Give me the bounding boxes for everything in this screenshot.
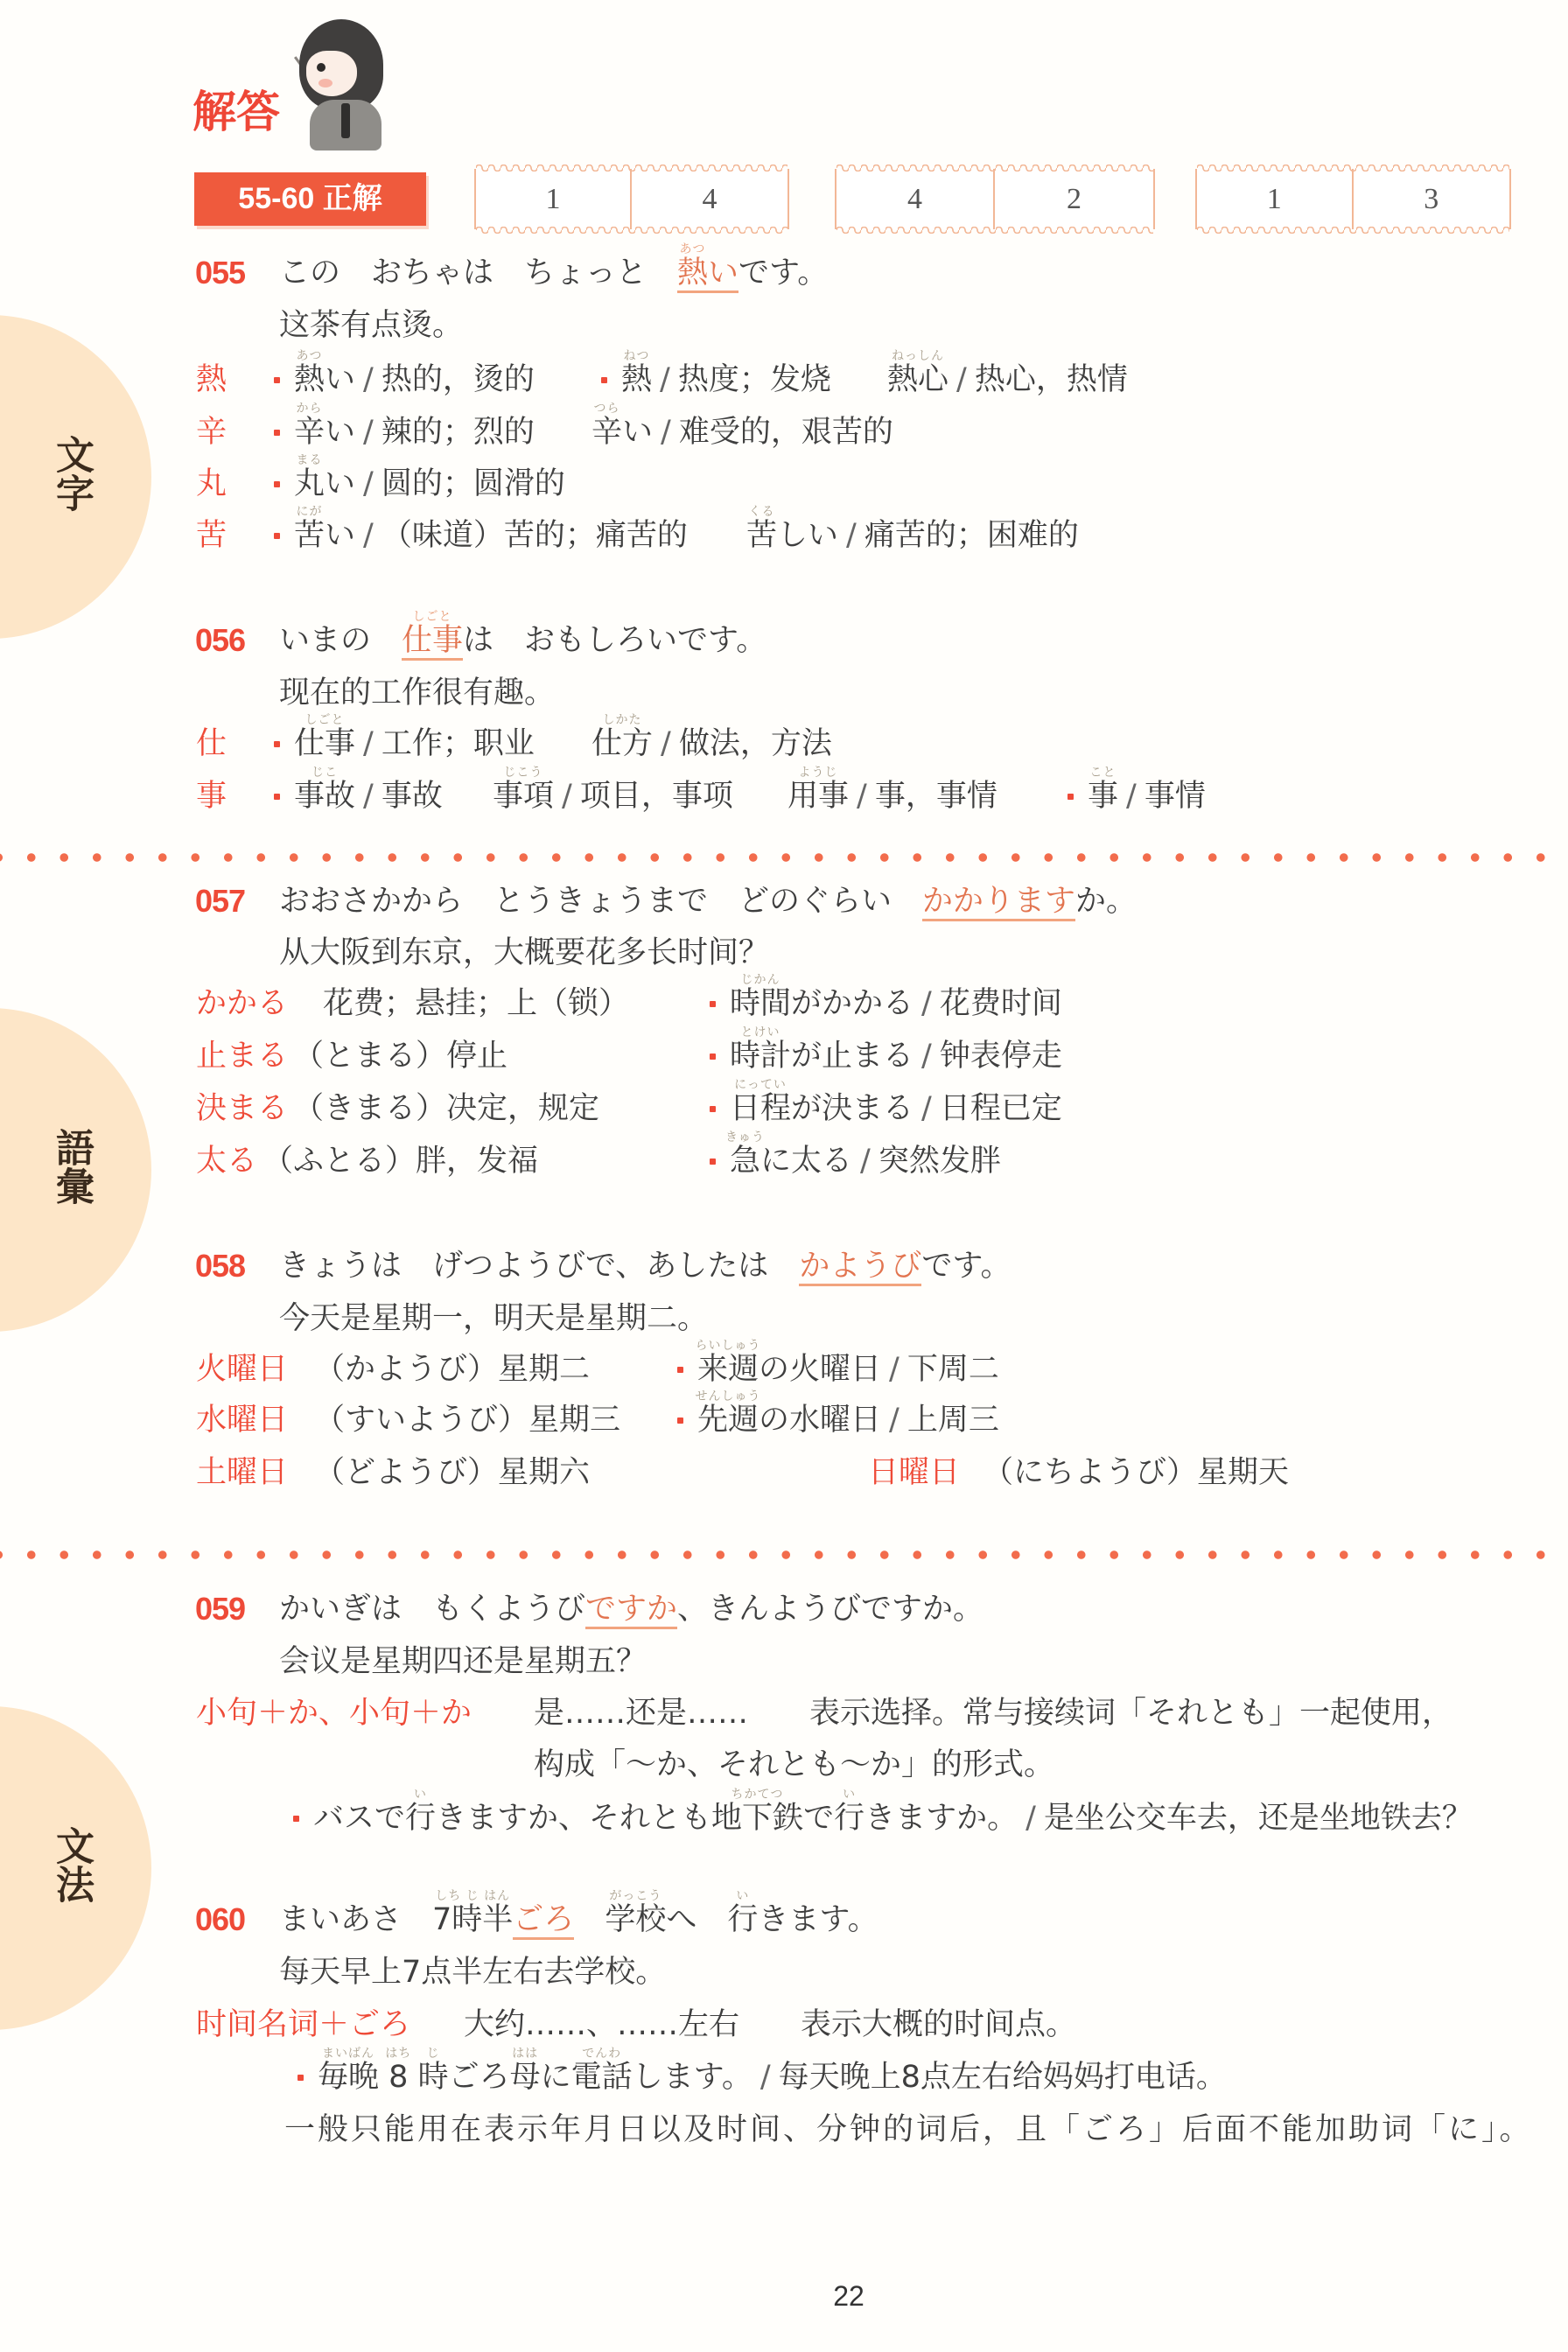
vocab-word: 止まる <box>196 1039 288 1074</box>
furigana-word: こと事 <box>1088 777 1118 815</box>
furigana-word: らいしゅう来週 <box>697 1350 759 1389</box>
example-text: に太る <box>760 1144 852 1179</box>
meaning: 难受的，艰苦的 <box>679 415 893 450</box>
vocab-example: せんしゅう先週の水曜日/上周三 <box>697 1401 999 1439</box>
vocab-entry: かかる花费；悬挂；上（锁） <box>196 984 629 1023</box>
note-item: しごと仕事/工作；职业 <box>294 724 535 763</box>
furigana-word: しかた仕方 <box>591 724 653 763</box>
separator: / <box>661 726 671 761</box>
question-number: 060 <box>195 1900 245 1939</box>
wavy-border <box>476 227 787 234</box>
furigana-word: とけい時計 <box>730 1037 791 1075</box>
furigana-reading: こと <box>1090 766 1116 779</box>
vocab-word: かかる <box>196 986 288 1021</box>
bullet-icon <box>710 1053 716 1060</box>
sentence-text: この おちゃは ちょっと <box>279 255 677 290</box>
example-text: きますか。 <box>864 1801 1018 1836</box>
vocab-row: 水曜日（すいようび）星期三 せんしゅう先週の水曜日/上周三 <box>0 1401 1568 1439</box>
word-base: 事故 <box>294 779 355 814</box>
vocab-row: 火曜日（かようび）星期二 らいしゅう来週の火曜日/下周二 <box>0 1350 1568 1389</box>
bullet-icon <box>677 1417 683 1424</box>
sentence-text: まいあさ <box>279 1902 432 1937</box>
furigana-word: ねつ熱 <box>621 360 652 399</box>
example-text: バスで <box>313 1801 405 1836</box>
answer-highlight: かかります <box>922 884 1075 921</box>
bullet-icon <box>274 794 280 800</box>
example-text: きますか、それとも <box>436 1801 711 1836</box>
word-base: 電話 <box>571 2060 633 2095</box>
translation-line: 现在的工作很有趣。 <box>0 674 1568 712</box>
separator: / <box>889 1352 899 1387</box>
furigana-word: じこ事故 <box>294 777 355 815</box>
furigana-word: い行 <box>405 1799 436 1837</box>
sentence-text: おおさかから とうきょうまで どのぐらい <box>279 884 922 919</box>
furigana-reading: あつ <box>297 350 323 362</box>
meaning: 钟表停走 <box>940 1039 1062 1074</box>
furigana-word: でんわ電話 <box>571 2058 633 2096</box>
bullet-icon <box>274 741 280 747</box>
word-base: 仕事 <box>402 623 463 658</box>
translation: 每天早上7点半左右去学校。 <box>279 1953 666 1991</box>
meaning: （味道）苦的；痛苦的 <box>381 518 688 553</box>
kanji-note-row: 熱 あつ熱い/热的，烫的 ねつ熱/热度；发烧 ねっしん熱心/热心，热情 <box>0 360 1568 399</box>
furigana-word: あつ熱 <box>294 360 325 399</box>
word-base: 仕方 <box>591 726 653 761</box>
furigana-reading: はは <box>512 2047 538 2060</box>
vocab-gloss: （とまる）停止 <box>293 1039 507 1074</box>
question-058-line: 058 きょうは げつようびで、あしたは かようびです。 <box>0 1247 1568 1285</box>
question-sentence: いまの しごと仕事は おもしろいです。 <box>279 621 766 660</box>
word-base: 先週 <box>697 1403 759 1438</box>
vocab-example: にってい日程が決まる/日程已定 <box>730 1089 1062 1128</box>
question-number: 059 <box>195 1590 245 1628</box>
sentence-text: 、きんようびですか。 <box>677 1592 983 1627</box>
grammar-example-row: バスでい行きますか、それともちかてつ地下鉄でい行きますか。/是坐公交车去，还是坐… <box>0 1799 1568 1837</box>
word-base: 急 <box>730 1144 760 1179</box>
separator: / <box>921 1039 932 1074</box>
vocab-gloss: （すいようび）星期三 <box>314 1403 620 1438</box>
furigana-word: い行 <box>727 1900 758 1939</box>
separator: / <box>363 362 374 397</box>
note-item: から辛い/辣的；烈的 <box>294 413 535 451</box>
meaning: 事，事情 <box>875 779 997 814</box>
kanji-note-row: 事 じこ事故/事故 じこう事項/项目，事项 ようじ用事/事，事情 こと事/事情 <box>0 777 1568 815</box>
grammar-row: 小句＋か、小句＋か 是……还是…… 表示选择。常与接续词「それとも」一起使用， <box>0 1694 1568 1732</box>
furigana-reading: じこう <box>504 766 543 779</box>
kanji-head: 丸 <box>196 465 227 503</box>
furigana-reading: とけい <box>741 1026 780 1039</box>
bullet-icon <box>710 1106 716 1112</box>
kanji-note-row: 苦 にが苦い/（味道）苦的；痛苦的 くる苦しい/痛苦的；困难的 <box>0 516 1568 555</box>
note-item: じこ事故/事故 <box>294 777 443 815</box>
meaning: 上周三 <box>907 1403 999 1438</box>
furigana-reading: まる <box>297 454 323 466</box>
answer-group-1: 1 4 <box>474 169 789 229</box>
side-tab-label: 文法 <box>49 1826 93 1903</box>
grammar-pattern: 小句＋か、小句＋か <box>196 1694 472 1732</box>
meaning: 突然发胖 <box>878 1144 1001 1179</box>
translation: 这茶有点烫。 <box>279 306 463 345</box>
note-item: ようじ用事/事，事情 <box>787 777 997 815</box>
grammar-row: 构成「～か、それとも～か」的形式。 <box>0 1746 1568 1784</box>
illustration-face <box>306 51 357 96</box>
meaning: 痛苦的；困难的 <box>864 518 1079 553</box>
furigana-reading: じ <box>427 2047 440 2060</box>
sentence-text: です。 <box>738 255 828 290</box>
grammar-meaning: 是……还是…… <box>534 1694 748 1732</box>
kanji-note-row: 辛 から辛い/辣的；烈的 つら辛い/难受的，艰苦的 <box>0 413 1568 451</box>
answer-cell: 4 <box>836 169 995 229</box>
furigana-reading: ねっしん <box>892 350 944 362</box>
separator: / <box>1025 1801 1036 1836</box>
furigana-word: じ時 <box>418 2058 449 2096</box>
furigana-word: い行 <box>834 1799 864 1837</box>
vocab-entry: 止まる（とまる）停止 <box>196 1037 507 1075</box>
question-057-line: 057 おおさかから とうきょうまで どのぐらい かかりますか。 <box>0 882 1568 920</box>
kanji-note-row: 丸 まる丸い/圆的；圆滑的 <box>0 465 1568 503</box>
furigana-reading: しち じ はん <box>435 1890 510 1902</box>
furigana-word: にが苦 <box>294 516 325 555</box>
note-item: じこう事項/项目，事项 <box>493 777 733 815</box>
answer-group-3: 1 3 <box>1195 169 1511 229</box>
translation: 现在的工作很有趣。 <box>279 674 555 712</box>
bullet-icon <box>710 1001 716 1007</box>
word-base: 8 <box>388 2060 408 2095</box>
separator: / <box>363 466 374 501</box>
answer-highlight: しごと仕事 <box>402 623 463 661</box>
grammar-note-row: 一般只能用在表示年月日以及时间、分钟的词后，且「ごろ」后面不能加助词「に」。 <box>0 2110 1568 2149</box>
vocab-gloss: （どようび）星期六 <box>314 1455 590 1490</box>
furigana-reading: ちかてつ <box>731 1788 784 1801</box>
answer-cell: 3 <box>1354 169 1510 229</box>
vocab-entry: 土曜日（どようび）星期六 <box>196 1453 590 1492</box>
example-text: の水曜日 <box>759 1403 881 1438</box>
note-item: まる丸い/圆的；圆滑的 <box>294 465 565 503</box>
furigana-word: はは母 <box>510 2058 541 2096</box>
furigana-reading: い <box>414 1788 427 1801</box>
furigana-reading: ねつ <box>624 350 650 362</box>
vocab-entry: 日曜日（にちようび）星期天 <box>868 1453 1289 1492</box>
word-base: 日程 <box>730 1091 791 1126</box>
meaning: 下周二 <box>907 1352 999 1387</box>
question-number: 058 <box>195 1247 245 1285</box>
word-base: 苦 <box>294 518 325 553</box>
furigana-reading: じかん <box>741 974 780 986</box>
question-number: 056 <box>195 621 245 660</box>
bullet-icon <box>274 430 280 436</box>
translation: 会议是星期四还是星期五？ <box>279 1642 647 1681</box>
word-base: 母 <box>510 2060 541 2095</box>
vocab-word: 決まる <box>196 1091 288 1126</box>
translation: 今天是星期一，明天是星期二。 <box>279 1299 708 1338</box>
kanji-note-row: 仕 しごと仕事/工作；职业 しかた仕方/做法，方法 <box>0 724 1568 763</box>
wavy-border <box>836 227 1153 234</box>
question-056-line: 056 いまの しごと仕事は おもしろいです。 <box>0 621 1568 660</box>
dotted-separator <box>0 1550 1568 1560</box>
separator: / <box>860 1144 871 1179</box>
vocab-example: とけい時計が止まる/钟表停走 <box>730 1037 1062 1075</box>
answer-highlight: ごろ <box>513 1902 574 1940</box>
furigana-word: はち8 <box>388 2058 408 2096</box>
vocab-gloss: 花费；悬挂；上（锁） <box>323 986 629 1021</box>
translation-line: 每天早上7点半左右去学校。 <box>0 1953 1568 1991</box>
example-text: が決まる <box>791 1091 913 1126</box>
separator: / <box>889 1403 899 1438</box>
separator: / <box>660 362 670 397</box>
vocab-row: 土曜日（どようび）星期六 日曜日（にちようび）星期天 <box>0 1453 1568 1492</box>
separator: / <box>562 779 572 814</box>
separator: / <box>363 415 374 450</box>
grammar-note: 一般只能用在表示年月日以及时间、分钟的词后，且「ごろ」后面不能加助词「に」。 <box>284 2110 1533 2149</box>
example-text: に <box>541 2060 571 2095</box>
meaning: 事情 <box>1144 779 1206 814</box>
meaning: 圆的；圆滑的 <box>381 466 565 501</box>
word-base: 熱心 <box>887 362 948 397</box>
example-text: が止まる <box>791 1039 913 1074</box>
word-base: 7時半 <box>432 1902 513 1937</box>
okurigana: い <box>708 255 738 290</box>
word-base: 辛 <box>591 415 622 450</box>
furigana-word: しごと仕事 <box>402 621 463 660</box>
word-base: 熱 <box>621 362 652 397</box>
question-sentence: まいあさ しち じ はん7時半ごろ がっこう学校へ い行きます。 <box>279 1900 878 1939</box>
example-text: がかかる <box>791 986 913 1021</box>
meaning: 项目，事项 <box>580 779 733 814</box>
furigana-reading: まいばん <box>322 2047 374 2060</box>
dotted-separator <box>0 852 1568 863</box>
furigana-word: まいばん毎晩 <box>318 2058 379 2096</box>
furigana-reading: つら <box>594 402 620 415</box>
furigana-word: がっこう学校 <box>605 1900 666 1939</box>
vocab-row: 止まる（とまる）停止 とけい時計が止まる/钟表停走 <box>0 1037 1568 1075</box>
furigana-word: くる苦 <box>746 516 777 555</box>
question-number: 057 <box>195 882 245 920</box>
vocab-example: じかん時間がかかる/花费时间 <box>730 984 1062 1023</box>
okurigana: い <box>622 415 653 450</box>
furigana-word: あつ熱 <box>677 254 708 292</box>
word-base: 地下鉄 <box>711 1801 803 1836</box>
grammar-explanation: 表示选择。常与接续词「それとも」一起使用， <box>809 1694 1452 1732</box>
bullet-icon <box>297 2075 304 2081</box>
question-055-line: 055 この おちゃは ちょっと あつ熱いです。 <box>0 254 1568 292</box>
example-text <box>379 2060 388 2095</box>
answer-cell: 1 <box>1197 169 1354 229</box>
vocab-gloss: （かようび）星期二 <box>314 1352 590 1387</box>
furigana-word: しち じ はん7時半 <box>432 1900 513 1939</box>
grammar-example-row: まいばん毎晩 はち8 じ時ごろはは母にでんわ電話します。/每天晚上8点左右给妈妈… <box>0 2058 1568 2096</box>
furigana-reading: しごと <box>413 611 452 623</box>
note-item: にが苦い/（味道）苦的；痛苦的 <box>294 516 688 555</box>
note-item: ねつ熱/热度；发烧 <box>621 360 831 399</box>
vocab-entry: 決まる（きまる）决定，规定 <box>196 1089 599 1128</box>
kanji-head: 事 <box>196 777 227 815</box>
illustration-eye <box>317 63 325 72</box>
meaning: 工作；职业 <box>381 726 535 761</box>
sentence-text: へ <box>666 1902 727 1937</box>
note-item: ねっしん熱心/热心，热情 <box>887 360 1128 399</box>
page-number: 22 <box>805 2278 892 2313</box>
vocab-word: 水曜日 <box>196 1403 288 1438</box>
separator: / <box>1126 779 1137 814</box>
illustration-tie <box>341 103 350 138</box>
furigana-word: ねっしん熱心 <box>887 360 948 399</box>
furigana-reading: ようじ <box>799 766 838 779</box>
grammar-pattern: 时间名词＋ごろ <box>196 2005 410 2044</box>
sentence-text: です。 <box>921 1249 1011 1284</box>
furigana-word: じこう事項 <box>493 777 554 815</box>
okurigana: い <box>325 466 355 501</box>
vocab-entry: 火曜日（かようび）星期二 <box>196 1350 590 1389</box>
word-base: 時間 <box>730 986 791 1021</box>
okurigana: い <box>325 415 355 450</box>
grammar-example: バスでい行きますか、それともちかてつ地下鉄でい行きますか。/是坐公交车去，还是坐… <box>313 1799 1473 1837</box>
note-item: くる苦しい/痛苦的；困难的 <box>746 516 1079 555</box>
question-number: 055 <box>195 254 245 292</box>
translation-line: 从大阪到东京，大概要花多长时间？ <box>0 934 1568 972</box>
sentence-text: きます。 <box>758 1902 878 1937</box>
furigana-reading: らいしゅう <box>696 1340 761 1352</box>
furigana-reading: にが <box>297 506 323 518</box>
word-base: 来週 <box>697 1352 759 1387</box>
answer-highlight: かようび <box>799 1249 921 1286</box>
translation-line: 今天是星期一，明天是星期二。 <box>0 1299 1568 1338</box>
sentence-text: か。 <box>1075 884 1137 919</box>
answer-cell: 2 <box>995 169 1153 229</box>
meaning: 每天晚上8点左右给妈妈打电话。 <box>779 2060 1227 2095</box>
furigana-reading: きゅう <box>725 1131 765 1144</box>
sentence-text: きょうは げつようびで、あしたは <box>279 1249 799 1284</box>
okurigana: しい <box>777 518 838 553</box>
okurigana: い <box>325 362 355 397</box>
word-base: 用事 <box>787 779 849 814</box>
meaning: 做法，方法 <box>679 726 832 761</box>
answer-group-2: 4 2 <box>835 169 1155 229</box>
kanji-head: 熱 <box>196 360 227 399</box>
grammar-row: 时间名词＋ごろ 大约……、……左右 表示大概的时间点。 <box>0 2005 1568 2044</box>
question-059-line: 059 かいぎは もくようびですか、きんようびですか。 <box>0 1590 1568 1628</box>
teacher-illustration <box>268 12 399 150</box>
word-base: 熱 <box>677 255 708 290</box>
example-text: します。 <box>633 2060 752 2095</box>
wavy-border <box>1197 227 1509 234</box>
bullet-icon <box>293 1816 299 1822</box>
question-sentence: きょうは げつようびで、あしたは かようびです。 <box>279 1247 1011 1285</box>
question-060-line: 060 まいあさ しち じ はん7時半ごろ がっこう学校へ い行きます。 <box>0 1900 1568 1939</box>
example-text: ごろ <box>449 2060 510 2095</box>
answer-cell: 1 <box>476 169 632 229</box>
furigana-reading: しごと <box>305 714 345 726</box>
word-base: 学校 <box>605 1902 666 1937</box>
word-base: 毎晩 <box>318 2060 379 2095</box>
separator: / <box>956 362 967 397</box>
furigana-reading: はち <box>385 2047 411 2060</box>
furigana-word: ようじ用事 <box>787 777 849 815</box>
question-sentence: おおさかから とうきょうまで どのぐらい かかりますか。 <box>279 882 1137 920</box>
word-base: 苦 <box>746 518 777 553</box>
answer-highlight: あつ熱い <box>677 255 738 293</box>
answer-cell: 4 <box>632 169 787 229</box>
furigana-reading: にってい <box>734 1079 787 1091</box>
vocab-gloss: （きまる）决定，规定 <box>293 1091 599 1126</box>
meaning: 辣的；烈的 <box>381 415 535 450</box>
furigana-reading: くる <box>749 506 775 518</box>
vocab-row: 太る（ふとる）胖，发福 きゅう急に太る/突然发胖 <box>0 1142 1568 1180</box>
meaning: 是坐公交车去，还是坐地铁去？ <box>1044 1801 1473 1836</box>
bullet-icon <box>601 377 607 383</box>
kanji-head: 苦 <box>196 516 227 555</box>
vocab-row: 決まる（きまる）决定，规定 にってい日程が決まる/日程已定 <box>0 1089 1568 1128</box>
sentence-text: は おもしろいです。 <box>463 623 766 658</box>
translation-line: 会议是星期四还是星期五？ <box>0 1642 1568 1681</box>
vocab-example: らいしゅう来週の火曜日/下周二 <box>697 1350 999 1389</box>
word-base: 事 <box>1088 779 1118 814</box>
vocab-gloss: （にちようび）星期天 <box>983 1455 1289 1490</box>
sentence-text <box>574 1902 605 1937</box>
vocab-word: 土曜日 <box>196 1455 288 1490</box>
furigana-reading: あつ <box>680 243 706 255</box>
word-base: 丸 <box>294 466 325 501</box>
separator: / <box>921 1091 932 1126</box>
separator: / <box>363 779 374 814</box>
vocab-entry: 水曜日（すいようび）星期三 <box>196 1401 620 1439</box>
answer-highlight: ですか <box>585 1592 677 1629</box>
grammar-meaning: 大约……、……左右 <box>464 2005 739 2044</box>
kanji-head: 辛 <box>196 413 227 451</box>
separator: / <box>363 726 374 761</box>
page-title: 解答 <box>192 86 280 138</box>
separator: / <box>846 518 857 553</box>
furigana-word: から辛 <box>294 413 325 451</box>
vocab-example: きゅう急に太る/突然发胖 <box>730 1142 1001 1180</box>
note-item: あつ熱い/热的，烫的 <box>294 360 535 399</box>
bullet-icon <box>274 481 280 487</box>
answer-key-label: 55-60 正解 <box>194 172 426 226</box>
question-sentence: かいぎは もくようびですか、きんようびですか。 <box>279 1590 983 1628</box>
note-item: しかた仕方/做法，方法 <box>591 724 832 763</box>
grammar-explanation: 表示大概的时间点。 <box>801 2005 1076 2044</box>
note-item: こと事/事情 <box>1088 777 1206 815</box>
word-base: 辛 <box>294 415 325 450</box>
vocab-row: かかる花费；悬挂；上（锁） じかん時間がかかる/花费时间 <box>0 984 1568 1023</box>
meaning: 热的，烫的 <box>381 362 535 397</box>
example-text <box>408 2060 417 2095</box>
word-base: 行 <box>405 1801 436 1836</box>
meaning: 事故 <box>381 779 443 814</box>
grammar-explanation: 构成「～か、それとも～か」的形式。 <box>534 1746 1054 1784</box>
textbook-page: 解答 55-60 正解 1 4 4 2 1 3 文字 語彙 文法 055 <box>0 0 1568 2352</box>
separator: / <box>760 2060 771 2095</box>
furigana-reading: でんわ <box>582 2047 621 2060</box>
furigana-word: きゅう急 <box>730 1142 760 1180</box>
furigana-reading: じこ <box>311 766 338 779</box>
separator: / <box>857 779 867 814</box>
note-item: つら辛い/难受的，艰苦的 <box>591 413 893 451</box>
furigana-reading: がっこう <box>609 1890 661 1902</box>
translation-line: 这茶有点烫。 <box>0 306 1568 345</box>
bullet-icon <box>274 377 280 383</box>
word-base: 時 <box>418 2060 449 2095</box>
meaning: 热度；发烧 <box>678 362 831 397</box>
separator: / <box>363 518 374 553</box>
separator: / <box>921 986 932 1021</box>
sentence-text: かいぎは もくようび <box>279 1592 585 1627</box>
word-base: 行 <box>834 1801 864 1836</box>
example-text: の火曜日 <box>759 1352 881 1387</box>
vocab-word: 日曜日 <box>868 1455 960 1490</box>
word-base: 熱 <box>294 362 325 397</box>
bullet-icon <box>710 1158 716 1165</box>
furigana-reading: い <box>736 1890 749 1902</box>
